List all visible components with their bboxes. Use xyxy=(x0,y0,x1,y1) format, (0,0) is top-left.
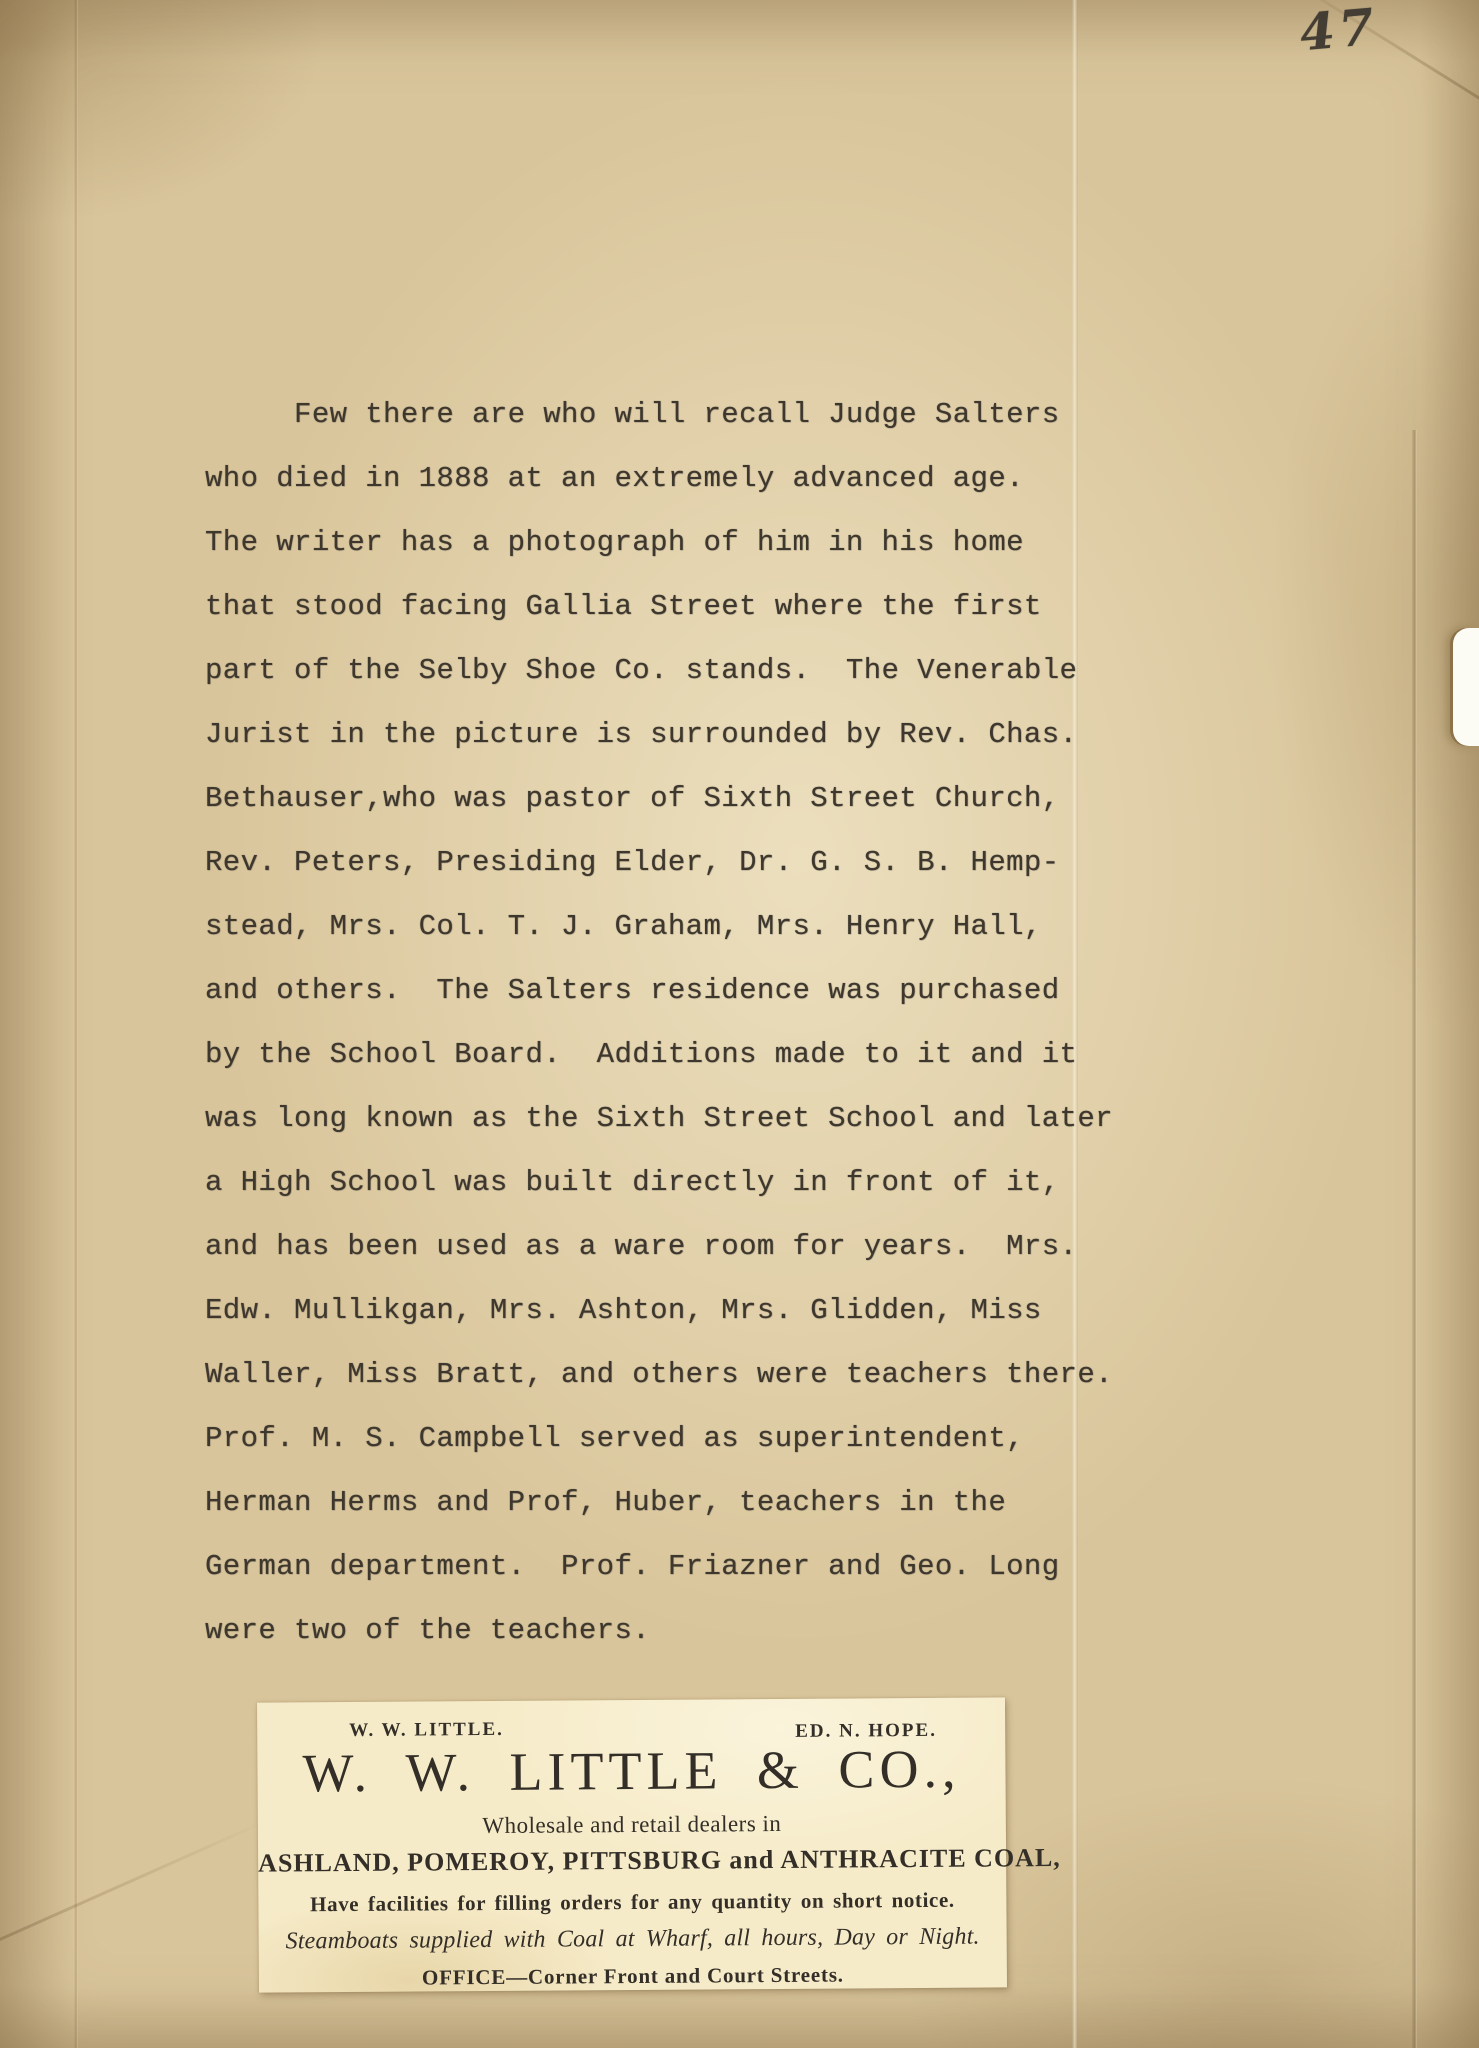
paper-crease-left xyxy=(74,0,78,2048)
typed-line: Jurist in the picture is surrounded by R… xyxy=(205,703,1155,767)
typed-line: a High School was built directly in fron… xyxy=(205,1151,1155,1215)
typed-line: German department. Prof. Friazner and Ge… xyxy=(205,1535,1155,1599)
paper-crease-bottom-left xyxy=(0,1819,268,1944)
typed-line: Waller, Miss Bratt, and others were teac… xyxy=(205,1343,1155,1407)
newspaper-ad-clipping: W. W. LITTLE. ED. N. HOPE. W. W. LITTLE … xyxy=(257,1697,1007,1992)
typed-line: Few there are who will recall Judge Salt… xyxy=(205,383,1155,447)
ad-proprietor-left: W. W. LITTLE. xyxy=(349,1719,504,1742)
ad-subtitle: Wholesale and retail dealers in xyxy=(258,1809,1006,1840)
handwritten-page-number: 47 xyxy=(1298,0,1380,62)
typed-line: Prof. M. S. Campbell served as superinte… xyxy=(205,1407,1155,1471)
typed-line: were two of the teachers. xyxy=(205,1599,1155,1663)
scanned-page: 47 Few there are who will recall Judge S… xyxy=(0,0,1479,2048)
ad-capacity-line: Have facilities for filling orders for a… xyxy=(258,1887,1006,1917)
typed-line: and others. The Salters residence was pu… xyxy=(205,959,1155,1023)
ad-office-line: OFFICE—Corner Front and Court Streets. xyxy=(259,1961,1007,1991)
ad-steamboats-line: Steamboats supplied with Coal at Wharf, … xyxy=(259,1923,1007,1955)
paper-crease-right xyxy=(1412,430,1417,2048)
ad-company-name: W. W. LITTLE & CO., xyxy=(257,1737,1005,1804)
typed-line: Edw. Mullikgan, Mrs. Ashton, Mrs. Glidde… xyxy=(205,1279,1155,1343)
typed-line: part of the Selby Shoe Co. stands. The V… xyxy=(205,639,1155,703)
ad-products-line: ASHLAND, POMEROY, PITTSBURG and ANTHRACI… xyxy=(258,1843,1006,1878)
typed-line: Bethauser,who was pastor of Sixth Street… xyxy=(205,767,1155,831)
typewritten-text: Few there are who will recall Judge Salt… xyxy=(205,383,1155,1663)
typed-line: who died in 1888 at an extremely advance… xyxy=(205,447,1155,511)
typed-line: Rev. Peters, Presiding Elder, Dr. G. S. … xyxy=(205,831,1155,895)
typed-line: was long known as the Sixth Street Schoo… xyxy=(205,1087,1155,1151)
typed-line: and has been used as a ware room for yea… xyxy=(205,1215,1155,1279)
typed-line: Herman Herms and Prof, Huber, teachers i… xyxy=(205,1471,1155,1535)
typed-line: by the School Board. Additions made to i… xyxy=(205,1023,1155,1087)
typed-line: that stood facing Gallia Street where th… xyxy=(205,575,1155,639)
typed-line: stead, Mrs. Col. T. J. Graham, Mrs. Henr… xyxy=(205,895,1155,959)
torn-edge-notch xyxy=(1453,628,1479,746)
typed-line: The writer has a photograph of him in hi… xyxy=(205,511,1155,575)
